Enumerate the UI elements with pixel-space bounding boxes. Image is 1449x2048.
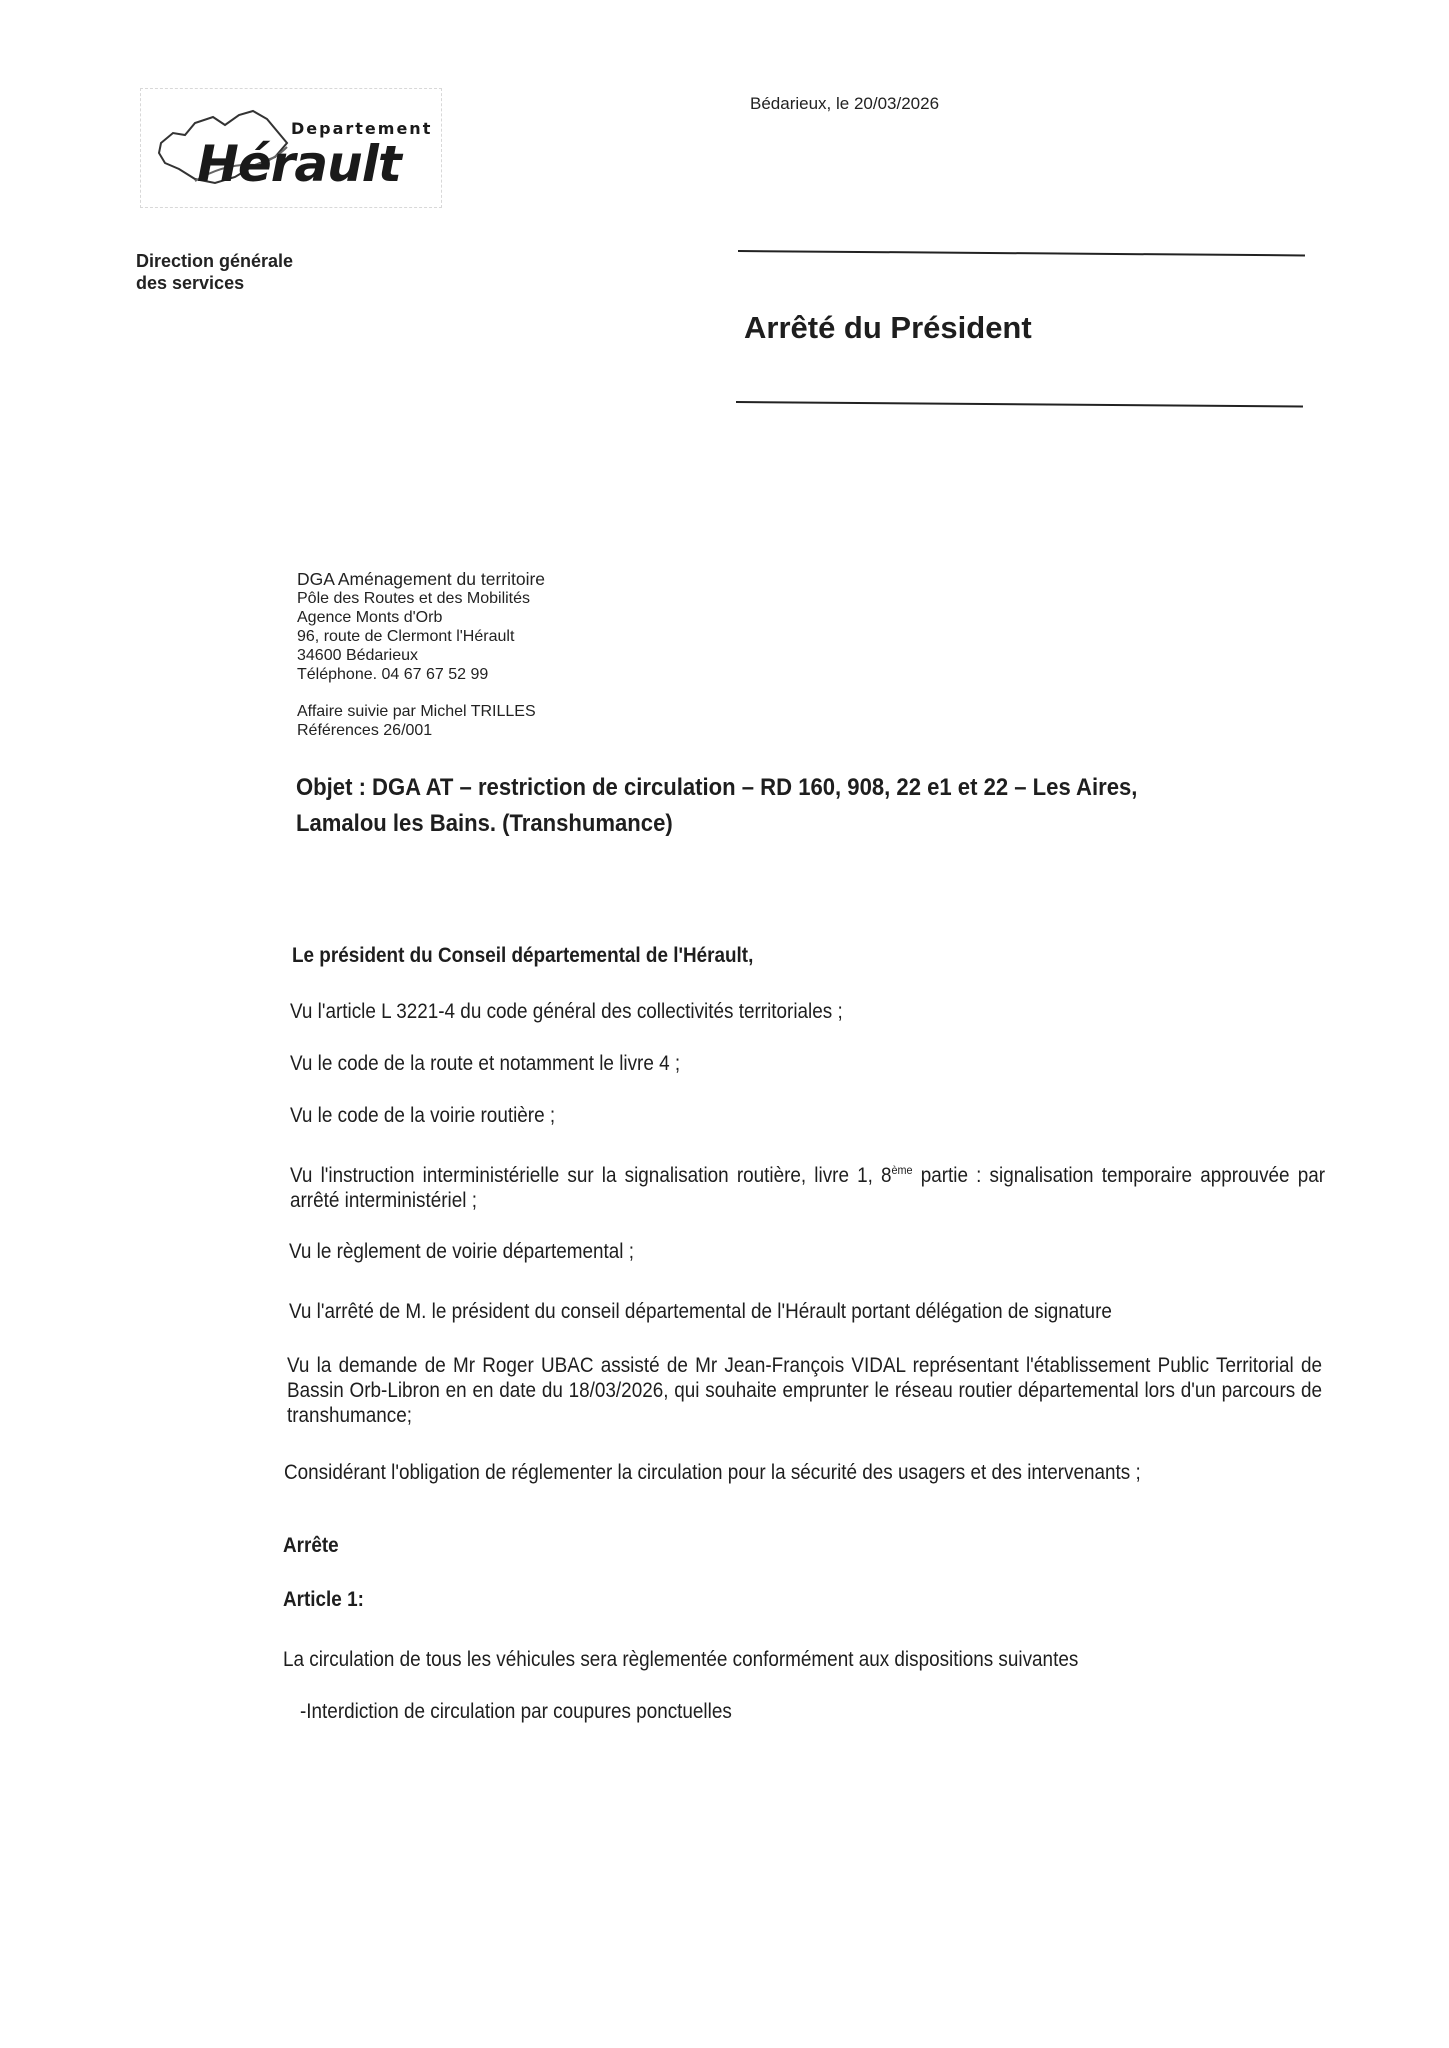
title-rule-top bbox=[738, 250, 1305, 256]
sender-line: 34600 Bédarieux bbox=[297, 646, 545, 665]
article-1-text: La circulation de tous les véhicules ser… bbox=[283, 1648, 1078, 1672]
case-handler: Affaire suivie par Michel TRILLES bbox=[297, 702, 545, 721]
article-1-heading: Article 1: bbox=[283, 1588, 364, 1612]
vu-instruction-text: Vu l'instruction interministérielle sur … bbox=[290, 1164, 892, 1187]
vu-instruction: Vu l'instruction interministérielle sur … bbox=[290, 1158, 1325, 1213]
article-1-item: -Interdiction de circulation par coupure… bbox=[300, 1700, 732, 1724]
sender-line: 96, route de Clermont l'Hérault bbox=[297, 627, 545, 646]
vu-arrete: Vu l'arrêté de M. le président du consei… bbox=[289, 1300, 1112, 1324]
vu-demande: Vu la demande de Mr Roger UBAC assisté d… bbox=[287, 1353, 1322, 1428]
subject-line-1: Objet : DGA AT – restriction de circulat… bbox=[296, 770, 1137, 806]
sender-line: Téléphone. 04 67 67 52 99 bbox=[297, 665, 545, 684]
arrete-heading: Arrête bbox=[283, 1534, 339, 1558]
title-rule-bottom bbox=[736, 401, 1303, 407]
service-line-2: des services bbox=[136, 272, 293, 294]
subject-line-2: Lamalou les Bains. (Transhumance) bbox=[296, 806, 1137, 842]
vu-code-voirie: Vu le code de la voirie routière ; bbox=[290, 1104, 555, 1128]
intro-line: Le président du Conseil départemental de… bbox=[292, 944, 753, 968]
document-title: Arrêté du Président bbox=[744, 310, 1032, 346]
vu-code-route: Vu le code de la route et notamment le l… bbox=[290, 1052, 680, 1076]
subject: Objet : DGA AT – restriction de circulat… bbox=[296, 770, 1137, 842]
ordinal-superscript: ème bbox=[892, 1163, 913, 1177]
logo-name: Hérault bbox=[197, 135, 401, 193]
place-date: Bédarieux, le 20/03/2026 bbox=[750, 94, 939, 114]
service-label: Direction générale des services bbox=[136, 250, 293, 294]
sender-block: DGA Aménagement du territoire Pôle des R… bbox=[297, 570, 545, 740]
sender-line: Pôle des Routes et des Mobilités bbox=[297, 589, 545, 608]
vu-reglement: Vu le règlement de voirie départemental … bbox=[289, 1240, 634, 1264]
sender-line: DGA Aménagement du territoire bbox=[297, 570, 545, 589]
service-line-1: Direction générale bbox=[136, 250, 293, 272]
references: Références 26/001 bbox=[297, 721, 545, 740]
vu-article: Vu l'article L 3221-4 du code général de… bbox=[290, 1000, 843, 1024]
department-logo: Departement Hérault bbox=[140, 88, 442, 208]
considerant: Considérant l'obligation de réglementer … bbox=[284, 1460, 1238, 1485]
sender-line: Agence Monts d'Orb bbox=[297, 608, 545, 627]
